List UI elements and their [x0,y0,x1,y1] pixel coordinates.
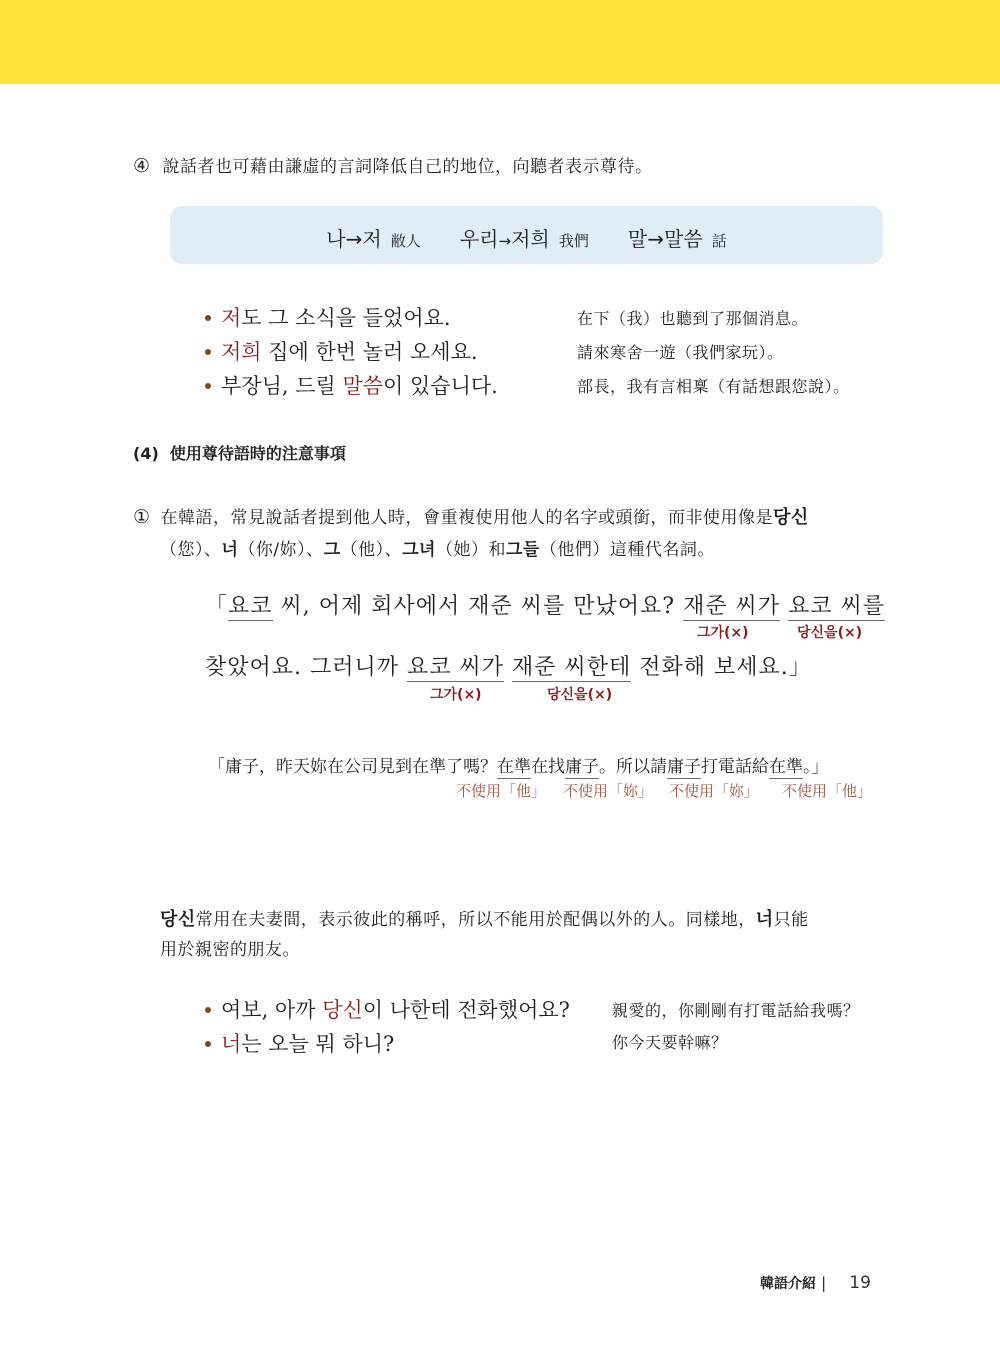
example-translation: 你今天要幹嘛？ [612,1030,728,1053]
highlight-word: 저희 [221,340,262,364]
text-segment: （你/妳）、 [238,540,323,560]
humble-item-meaning: 敝人 [391,232,421,250]
humble-item-meaning: 話 [712,232,727,250]
underlined-name: 庸子 [565,757,599,779]
note-text: 只能 [774,910,809,930]
sentence-text: 집에 한번 놀러 오세요. [262,340,478,364]
dialog-text: 찾았어요. 그러니까 [205,655,407,680]
dialog-text: 씨, 어제 회사에서 재준 씨를 만났어요? [273,594,684,619]
korean-term: 그들 [506,540,540,560]
underlined-name: 요코 [228,594,273,621]
arrow-icon: → [647,227,664,251]
sentence-text: 여보, 아까 [221,998,322,1022]
point1-text: 在韓語，常見說話者提到他人時，會重複使用他人的名字或頭銜，而非使用像是 [160,508,773,528]
arrow-icon: → [346,227,363,251]
underlined-name: 在準 [769,757,803,779]
dialog-chinese: 「庸子，昨天妳在公司見到在準了嗎？在準在找庸子。所以請庸子打電話給在準。」 [208,752,829,777]
underlined-phrase: 요코 씨가 [407,655,504,682]
note-text: 常用在夫妻間，表示彼此的稱呼，所以不能用於配偶以外的人。同樣地， [196,910,756,930]
example-sentence: 여보, 아까 당신이 나한테 전화했어요? [205,994,570,1024]
bullet-icon [205,349,211,355]
usage-note: 不使用「妳」 [669,780,759,801]
korean-term: 당신 [160,909,196,930]
dialog-text: 전화해 보세요.」 [631,655,812,680]
example-translation: 在下（我）也聽到了那個消息。 [577,306,808,329]
korean-term: 그녀 [402,540,436,560]
page-footer: 韓語介紹 | 19 [760,1273,871,1293]
dialog-korean-line1: 「요코 씨, 어제 회사에서 재준 씨를 만났어요? 재준 씨가 요코 씨를 [205,589,885,620]
humble-forms-box: 나→저 敝人 우리→저희 我們 말→말씀 話 [170,206,883,264]
arrow-icon: → [499,232,512,250]
underlined-phrase: 재준 씨가 [683,594,780,621]
dialog-text: 。」 [803,757,829,777]
underlined-phrase: 재준 씨한테 [512,655,631,682]
pronoun-annotation: 당신을(×) [547,684,612,704]
humble-item-to: 저 [362,227,381,251]
underlined-name: 庸子 [667,757,701,779]
korean-term: 그 [324,540,341,560]
dialog-text: 。所以請 [599,757,667,777]
highlight-word: 당신 [322,998,363,1022]
example-sentence: 너는 오늘 뭐 하니? [205,1028,394,1058]
example-sentence: 저도 그 소식을 들었어요. [205,302,451,332]
humble-item-from: 나 [326,227,345,251]
example-translation: 部長，我有言相稟（有話想跟您說）。 [577,374,850,397]
bullet-icon [205,1007,211,1013]
dialog-text: 在找 [531,757,565,777]
dialog-text: 「庸子，昨天妳在公司見到在準了嗎？ [208,757,497,777]
point1-line2: （您）、너（你/妳）、그（他）、그녀（她）和그들（他們）這種代名詞。 [160,535,715,560]
chapter-label: 韓語介紹 [760,1276,816,1292]
dialog-korean-line2: 찾았어요. 그러니까 요코 씨가 재준 씨한테 전화해 보세요.」 [205,650,812,681]
humble-item-meaning: 我們 [559,232,589,250]
sentence-text: 부장님, 드릴 [221,374,342,398]
quote-mark: 「 [205,594,228,619]
highlight-word: 저 [221,306,241,330]
korean-term: 너 [756,909,774,930]
space [504,655,512,680]
example-sentence: 부장님, 드릴 말씀이 있습니다. [205,370,498,400]
example-translation: 親愛的，你剛剛有打電話給我嗎？ [612,998,860,1021]
highlight-word: 말씀 [342,374,383,398]
page-number: 19 [849,1273,871,1293]
text-segment: （您）、 [160,540,222,560]
footer-separator: | [821,1274,826,1292]
humble-item-to: 저희 [511,227,550,251]
bullet-icon [205,315,211,321]
pronoun-annotation: 그가(×) [697,622,749,642]
text-segment: （他）、 [341,540,403,560]
text-segment: （他們）這種代名詞。 [540,540,715,560]
pronoun-annotation: 그가(×) [430,684,482,704]
sentence-text: 이 있습니다. [383,374,498,398]
dialog-text: 打電話給 [701,757,769,777]
humble-item-from: 말 [628,227,647,251]
section-heading: (4) 使用尊待語時的注意事項 [133,441,346,464]
point4-paragraph: ④ 說話者也可藉由謙虛的言詞降低自己的地位，向聽者表示尊待。 [133,152,652,177]
top-color-banner [0,0,1000,84]
circled-number-4: ④ [133,155,151,177]
sentence-text: 도 그 소식을 들었어요. [241,306,450,330]
text-segment: （她）和 [436,540,506,560]
humble-item-to: 말씀 [664,227,703,251]
humble-item-from: 우리 [460,227,499,251]
example-translation: 請來寒舍一遊（我們家玩）。 [577,340,784,363]
space [780,594,788,619]
circled-number-1: ① [133,506,151,528]
usage-note: 不使用「他」 [782,780,872,801]
note-line2: 用於親密的朋友。 [160,935,300,960]
bullet-icon [205,1041,211,1047]
usage-note: 不使用「妳」 [563,780,653,801]
note-line1: 당신常用在夫妻間，表示彼此的稱呼，所以不能用於配偶以外的人。同樣地，너只能 [160,905,809,931]
sentence-text: 이 나한테 전화했어요? [363,998,570,1022]
pronoun-annotation: 당신을(×) [797,622,862,642]
underlined-name: 在準 [497,757,531,779]
example-sentence: 저희 집에 한번 놀러 오세요. [205,336,478,366]
bullet-icon [205,383,211,389]
highlight-word: 너 [221,1032,241,1056]
point4-text: 說話者也可藉由謙虛的言詞降低自己的地位，向聽者表示尊待。 [162,157,652,177]
korean-term: 당신 [773,507,809,528]
point1-line1: ① 在韓語，常見說話者提到他人時，會重複使用他人的名字或頭銜，而非使用像是당신 [133,503,809,529]
underlined-phrase: 요코 씨를 [788,594,885,621]
sentence-text: 는 오늘 뭐 하니? [241,1032,394,1056]
korean-term: 너 [222,540,239,560]
usage-note: 不使用「他」 [456,780,546,801]
